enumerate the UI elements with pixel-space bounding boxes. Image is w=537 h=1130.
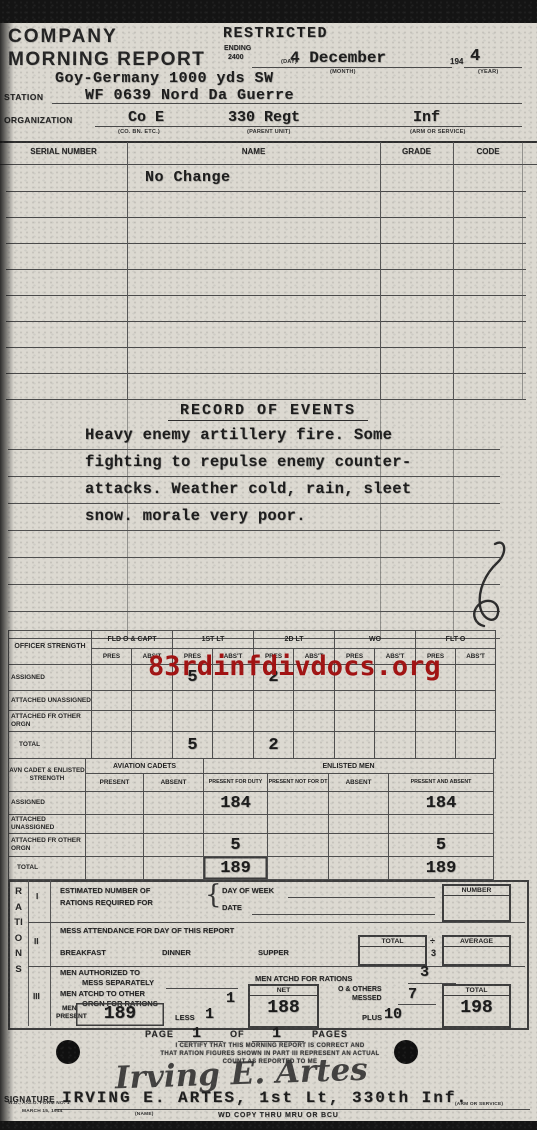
rations-row3-numeral: III (33, 992, 40, 1001)
enlisted-cell (86, 792, 144, 815)
organization-label: ORGANIZATION (4, 115, 73, 125)
officer-cell (213, 691, 254, 711)
site-watermark: 83rdinfdivdocs.org (148, 651, 441, 682)
month-sublabel: (MONTH) (330, 69, 356, 75)
officer-cell (92, 732, 132, 759)
enlisted-cell (204, 815, 268, 834)
handwritten-flourish (465, 538, 510, 638)
divisor-value: 3 (431, 948, 436, 958)
organization-rule (95, 126, 522, 127)
year-sublabel: (YEAR) (478, 69, 498, 75)
plus-label: PLUS (362, 1013, 382, 1022)
officer-cell (416, 691, 456, 711)
rations-i-line1: ESTIMATED NUMBER OF (60, 886, 150, 895)
day-of-week-rule (288, 897, 435, 898)
officer-sub-pres: PRES (92, 649, 132, 665)
officer-row-label: ATTACHED UNASSIGNED (9, 691, 92, 711)
enlisted-col-1: ABSENT (144, 774, 204, 792)
others-messed-value: 7 (408, 986, 417, 1003)
atchd-other-orgn-value: 1 (226, 990, 235, 1007)
average-box-label: AVERAGE (444, 937, 509, 947)
enlisted-row-label: TOTAL (9, 857, 86, 880)
dinner-label: DINNER (162, 948, 191, 957)
officer-row-label: ATTACHED FR OTHER ORGN (9, 711, 92, 732)
of-label: OF (230, 1029, 245, 1039)
rations-total-value: 198 (444, 996, 509, 1020)
roster-col-name: NAME (127, 147, 380, 156)
net-value: 188 (250, 996, 317, 1020)
morning-report-page: COMPANY RESTRICTED MORNING REPORT ENDING… (0, 0, 537, 1130)
enlisted-col-3: PRESENT NOT FOR DT (268, 774, 329, 792)
officer-group-3: WO (335, 631, 416, 649)
officer-cell (335, 732, 375, 759)
punch-hole-right (394, 1040, 418, 1064)
year-value: 4 (470, 47, 480, 66)
roster-col-code: CODE (453, 147, 523, 156)
enlisted-cell: 189 (204, 857, 268, 880)
rations-row-rule-1 (28, 922, 525, 923)
men-authorized-line2: MESS SEPARATELY (82, 978, 154, 987)
roster-col-grade: GRADE (380, 147, 453, 156)
scan-edge-bottom (0, 1121, 537, 1130)
enlisted-cell (144, 834, 204, 857)
others-messed-line1: O & OTHERS (338, 986, 382, 993)
events-line-1: Heavy enemy artillery fire. Some (85, 426, 392, 444)
officer-cell (92, 665, 132, 691)
rations-row1-numeral: I (36, 892, 38, 901)
enlisted-cell (329, 792, 389, 815)
number-box: NUMBER (442, 884, 511, 922)
events-line-2: fighting to repulse enemy counter- (85, 453, 411, 471)
officer-cell (456, 691, 496, 711)
officer-cell (375, 711, 416, 732)
report-date-value: 4 December (290, 49, 386, 67)
org-arm-sublabel: (ARM OR SERVICE) (410, 129, 466, 135)
enlisted-cell (144, 857, 204, 880)
org-unit-value: Co E (128, 109, 164, 126)
enlisted-row-label: ASSIGNED (9, 792, 86, 815)
scan-edge-top (0, 0, 537, 23)
average-box: AVERAGE (442, 935, 511, 966)
atchd-other-orgn-line1: MEN ATCHD TO OTHER (60, 989, 145, 998)
rations-total-box: TOTAL 198 (442, 984, 511, 1028)
arm-service-sublabel: (ARM OR SERVICE) (455, 1102, 503, 1107)
location-typed-entry: Goy-Germany 1000 yds SW (55, 70, 274, 87)
roster-entry: No Change (145, 169, 231, 186)
officer-cell: 2 (254, 732, 294, 759)
roster-divider-2 (380, 142, 381, 400)
roster-divider-3 (453, 142, 454, 400)
officer-cell (456, 732, 496, 759)
officer-sub-abst: ABS'T (456, 649, 496, 665)
enlisted-col-5: PRESENT AND ABSENT (389, 774, 494, 792)
org-parent-value: 330 Regt (228, 109, 300, 126)
officer-cell (92, 691, 132, 711)
enlisted-col-0: PRESENT (86, 774, 144, 792)
page-label: PAGE (145, 1029, 174, 1039)
officer-cell (173, 691, 213, 711)
roster-top-rule (0, 141, 537, 143)
pages-value: 1 (272, 1025, 281, 1042)
mess-total-box: TOTAL (358, 935, 427, 966)
page-value: 1 (192, 1025, 201, 1042)
officer-cell (456, 665, 496, 691)
enlisted-cell: 5 (389, 834, 494, 857)
officer-cell: 5 (173, 732, 213, 759)
supper-label: SUPPER (258, 948, 289, 957)
day-sublabel: (DAY) (281, 59, 297, 65)
officer-cell (254, 711, 294, 732)
officer-cell (173, 711, 213, 732)
enlisted-cell (389, 815, 494, 834)
year-rule (464, 67, 522, 68)
less-value: 1 (205, 1006, 214, 1023)
officer-cell (92, 711, 132, 732)
officer-table-label: OFFICER STRENGTH (9, 631, 92, 665)
punch-hole-left (56, 1040, 80, 1064)
enlisted-cell (329, 815, 389, 834)
rations-divider-num (50, 880, 51, 1026)
others-messed-rule (398, 1004, 436, 1005)
officer-cell (416, 732, 456, 759)
enlisted-col-2: PRESENT FOR DUTY (204, 774, 268, 792)
scan-edge-left (0, 20, 14, 1124)
events-line-4: snow. morale very poor. (85, 507, 306, 525)
officer-row-label: ASSIGNED (9, 665, 92, 691)
day-of-week-label: DAY OF WEEK (222, 886, 274, 895)
enlisted-cell (86, 857, 144, 880)
name-sublabel: (NAME) (135, 1112, 154, 1117)
net-box: NET 188 (248, 984, 319, 1028)
rations-side-label: RATIONS (13, 884, 24, 978)
enlisted-group-cadets: AVIATION CADETS (86, 759, 204, 774)
events-line-3: attacks. Weather cold, rain, sleet (85, 480, 411, 498)
enlisted-row-label: ATTACHED FR OTHER ORGN (9, 834, 86, 857)
form-date: MARCH 15, 1944 (22, 1109, 63, 1114)
officer-group-0: FLD O & CAPT (92, 631, 173, 649)
enlisted-cell (86, 834, 144, 857)
officer-cell (375, 691, 416, 711)
enlisted-cell (86, 815, 144, 834)
officer-cell (213, 711, 254, 732)
others-messed-line2: MESSED (352, 995, 382, 1002)
mess-separately-rule (166, 988, 238, 989)
form-title-line2: MORNING REPORT (8, 49, 205, 71)
signature-rule (55, 1109, 530, 1110)
date-rule (252, 67, 452, 68)
officer-strength-table: OFFICER STRENGTH FLD O & CAPT 1ST LT 2D … (8, 630, 496, 759)
breakfast-label: BREAKFAST (60, 948, 106, 957)
enlisted-row-label: ATTACHED UNASSIGNED (9, 815, 86, 834)
org-unit-sublabel: (CO. BN. ETC.) (118, 129, 160, 135)
officer-cell (254, 691, 294, 711)
enlisted-cell: 184 (389, 792, 494, 815)
enlisted-cell (268, 857, 329, 880)
plus-value: 10 (384, 1006, 402, 1023)
enlisted-cell: 5 (204, 834, 268, 857)
ending-time-label: 2400 (228, 54, 244, 61)
net-box-label: NET (250, 986, 317, 996)
men-authorized-line1: MEN AUTHORIZED TO (60, 968, 140, 977)
roster-ruled-rows (6, 166, 526, 400)
officer-cell (375, 732, 416, 759)
officer-row-label: TOTAL (9, 732, 92, 759)
enlisted-group-men: ENLISTED MEN (204, 759, 494, 774)
org-parent-sublabel: (PARENT UNIT) (247, 129, 291, 135)
enlisted-strength-table: AVN CADET & ENLISTED STRENGTH AVIATION C… (8, 758, 494, 880)
officer-cell (335, 691, 375, 711)
mess-total-label: TOTAL (360, 937, 425, 947)
enlisted-cell (144, 815, 204, 834)
enlisted-cell: 184 (204, 792, 268, 815)
officer-cell (416, 711, 456, 732)
roster-divider-1 (127, 142, 128, 400)
enlisted-table-label: AVN CADET & ENLISTED STRENGTH (9, 759, 86, 792)
officer-cell (213, 732, 254, 759)
year-prefix: 194 (450, 57, 463, 66)
number-box-label: NUMBER (444, 886, 509, 896)
mess-attendance-label: MESS ATTENDANCE FOR DAY OF THIS REPORT (60, 926, 234, 935)
officer-cell (132, 691, 173, 711)
officer-group-1: 1ST LT (173, 631, 254, 649)
enlisted-cell: 189 (389, 857, 494, 880)
officer-group-2: 2D LT (254, 631, 335, 649)
officer-cell (132, 732, 173, 759)
brace-glyph: { (205, 880, 222, 910)
officer-cell (294, 691, 335, 711)
classification-stamp: RESTRICTED (223, 25, 328, 42)
enlisted-cell (329, 834, 389, 857)
enlisted-cell (329, 857, 389, 880)
enlisted-cell (268, 815, 329, 834)
enlisted-cell (268, 792, 329, 815)
rations-i-line2: RATIONS REQUIRED FOR (60, 898, 153, 907)
roster-col-serial: SERIAL NUMBER (0, 147, 127, 156)
events-title: RECORD OF EVENTS (168, 402, 368, 421)
enlisted-col-4: ABSENT (329, 774, 389, 792)
men-present-box: 189 (76, 1003, 164, 1026)
date-rule2 (252, 914, 435, 915)
roster-divider-right (522, 142, 523, 400)
org-arm-value: Inf (413, 109, 440, 126)
divide-sign: ÷ (430, 936, 435, 946)
men-atchd-rations-label: MEN ATCHD FOR RATIONS (255, 974, 352, 983)
officer-group-4: FLT O (416, 631, 496, 649)
roster-header-rule (0, 164, 537, 165)
men-present-value: 189 (104, 1004, 136, 1024)
signature-typed-name: IRVING E. ARTES, 1st Lt, 330th Inf. (62, 1089, 468, 1107)
form-title-line1: COMPANY (8, 26, 118, 48)
distribution-note: WD COPY THRU MRU OR BCU (218, 1112, 339, 1119)
officer-cell (335, 711, 375, 732)
station-value: WF 0639 Nord Da Guerre (85, 87, 294, 104)
men-present-line1: MEN (62, 1005, 76, 1012)
officer-cell (132, 711, 173, 732)
rations-row-rule-2 (28, 966, 525, 967)
men-atchd-rations-value: 3 (420, 964, 429, 981)
ending-label: ENDING (224, 45, 251, 52)
rations-row2-numeral: II (34, 937, 38, 946)
rations-total-label: TOTAL (444, 986, 509, 996)
rations-divider-side (28, 880, 29, 1026)
date-label: DATE (222, 903, 242, 912)
officer-cell (456, 711, 496, 732)
officer-cell (294, 732, 335, 759)
officer-cell (294, 711, 335, 732)
form-number: W.D., A.G.O. FORM NO. 1 (8, 1101, 70, 1106)
enlisted-cell (268, 834, 329, 857)
less-label: LESS (175, 1013, 195, 1022)
enlisted-cell (144, 792, 204, 815)
pages-label: PAGES (312, 1029, 348, 1039)
